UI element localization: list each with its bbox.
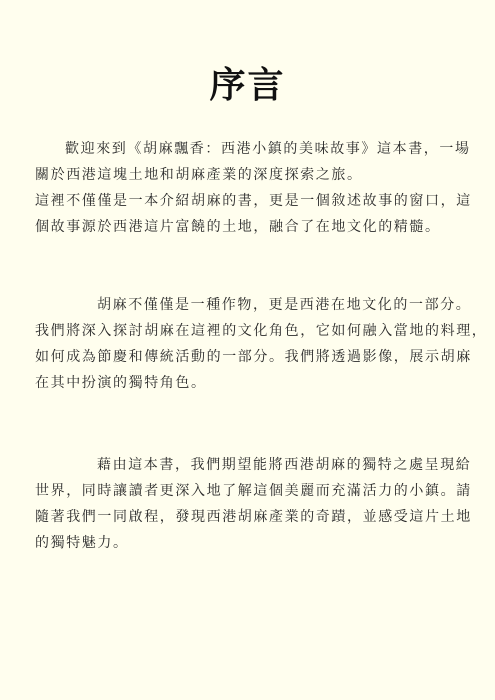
paragraph-line: 的獨特魅力。 xyxy=(35,530,467,556)
paragraph-line: 如何成為節慶和傳統活動的一部分。我們將透過影像，展示胡麻 xyxy=(35,344,467,370)
paragraph-line: 關於西港這塊土地和胡麻產業的深度探索之旅。 xyxy=(35,162,467,188)
paragraph-line: 隨著我們一同啟程，發現西港胡麻產業的奇蹟，並感受這片土地 xyxy=(35,504,467,530)
paragraph-line: 世界，同時讓讀者更深入地了解這個美麗而充滿活力的小鎮。請 xyxy=(35,478,467,504)
paragraph-line: 這裡不僅僅是一本介紹胡麻的書，更是一個敘述故事的窗口，這 xyxy=(35,188,467,214)
paragraph-line: 個故事源於西港這片富饒的土地，融合了在地文化的精髓。 xyxy=(35,214,467,240)
page-title: 序言 xyxy=(0,64,495,108)
paragraph-line: 胡麻不僅僅是一種作物，更是西港在地文化的一部分。 xyxy=(35,292,467,318)
preface-paragraph-1: 歡迎來到《胡麻飄香：西港小鎮的美味故事》這本書，一場 關於西港這塊土地和胡麻產業… xyxy=(35,136,467,240)
preface-paragraph-3: 藉由這本書，我們期望能將西港胡麻的獨特之處呈現給 世界，同時讓讀者更深入地了解這… xyxy=(35,452,467,556)
paragraph-line: 在其中扮演的獨特角色。 xyxy=(35,370,467,396)
preface-paragraph-2: 胡麻不僅僅是一種作物，更是西港在地文化的一部分。 我們將深入探討胡麻在這裡的文化… xyxy=(35,292,467,396)
paragraph-line: 藉由這本書，我們期望能將西港胡麻的獨特之處呈現給 xyxy=(35,452,467,478)
paragraph-line: 歡迎來到《胡麻飄香：西港小鎮的美味故事》這本書，一場 xyxy=(35,136,467,162)
paragraph-line: 我們將深入探討胡麻在這裡的文化角色，它如何融入當地的料理， xyxy=(35,318,467,344)
